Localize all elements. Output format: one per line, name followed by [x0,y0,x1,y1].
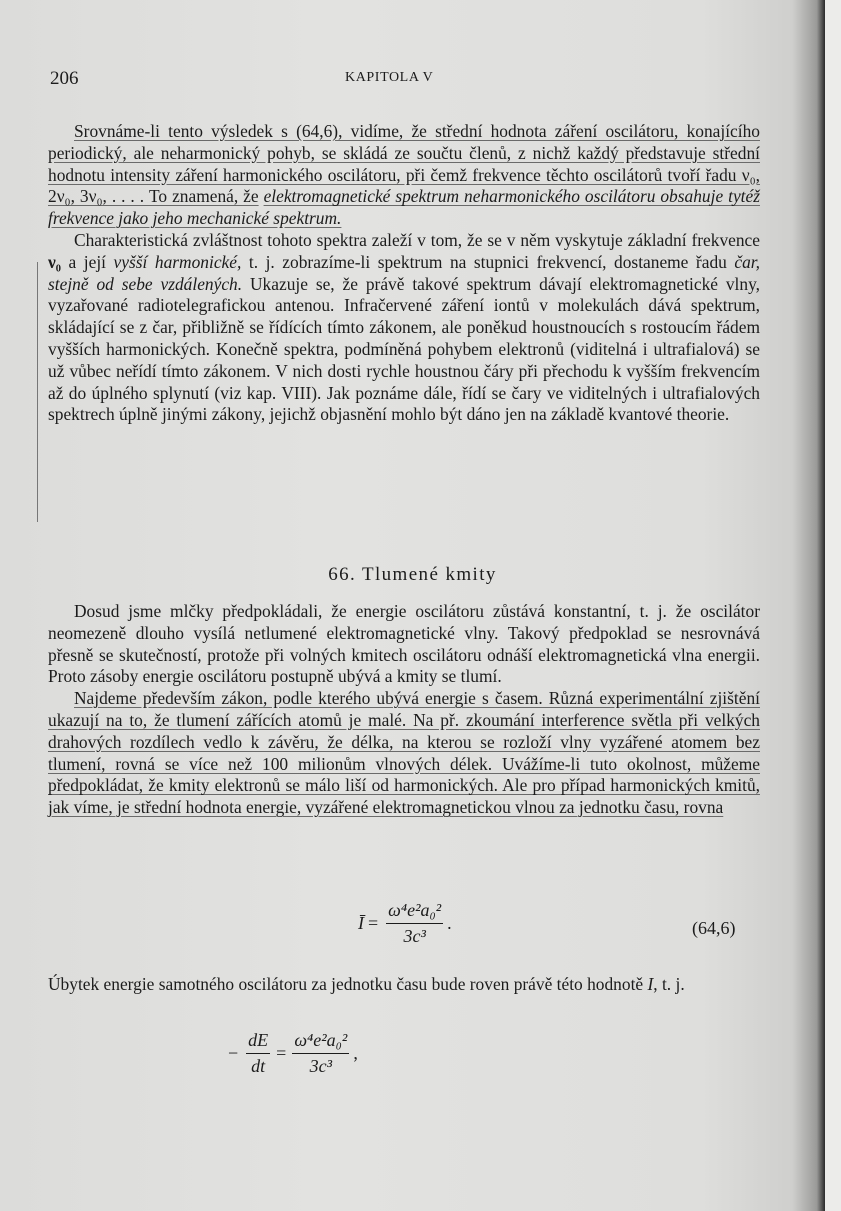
paragraph-text: t. j. zobrazíme-li spektrum na stupnici … [249,252,727,272]
page-number: 206 [50,68,79,90]
denominator: dt [251,1054,265,1077]
section-body: Dosud jsme mlčky předpokládali, že energ… [48,601,760,819]
chapter-title: KAPITOLA V [345,70,433,86]
paragraph-spectrum: Charakteristická zvláštnost tohoto spekt… [48,230,760,426]
paragraph-group-top: Srovnáme-li tento výsledek s (64,6), vid… [48,121,760,426]
paragraph-text: Ukazuje se, že právě takové spektrum dáv… [48,274,760,425]
denominator: 3c³ [403,924,425,947]
paragraph-text: a její [69,252,106,272]
punctuation: . [447,913,452,934]
minus-sign: − [228,1043,238,1064]
paragraph-text: Úbytek energie samotného oscilátoru za j… [48,974,643,994]
equation-64-6: Ī = ω⁴e²a₀² 3c³ . [358,900,452,947]
emphasized-term: vyšší harmonické, [114,252,242,272]
paragraph-text: Charakteristická zvláštnost tohoto spekt… [74,230,760,250]
section-heading: 66. Tlumené kmity [0,564,825,586]
paragraph-text: , t. j. [653,974,684,994]
equation-number: (64,6) [692,918,736,939]
derivative-fraction: dE dt [246,1030,270,1077]
fraction: ω⁴e²a₀² 3c³ [386,900,443,947]
paragraph-comparison: Srovnáme-li tento výsledek s (64,6), vid… [48,121,760,230]
equals-sign: = [276,1043,286,1064]
punctuation: , [353,1043,358,1064]
equals-sign: = [368,913,378,934]
numerator: ω⁴e²a₀² [292,1030,349,1054]
paragraph-energy-loss: Úbytek energie samotného oscilátoru za j… [48,974,760,996]
numerator: dE [246,1030,270,1054]
numerator: ω⁴e²a₀² [386,900,443,924]
denominator: 3c³ [310,1054,332,1077]
paragraph-group-bottom: Úbytek energie samotného oscilátoru za j… [48,974,760,996]
symbol-nu0: ν₀ [48,252,61,272]
equation-energy-loss: − dE dt = ω⁴e²a₀² 3c³ , [228,1030,358,1077]
margin-mark [37,262,38,522]
paragraph-damped-intro: Dosud jsme mlčky předpokládali, že energ… [48,601,760,688]
paragraph-energy-law: Najdeme především zákon, podle kterého u… [48,688,760,819]
page-edge [825,0,841,1211]
fraction: ω⁴e²a₀² 3c³ [292,1030,349,1077]
equation-lhs: Ī [358,913,364,934]
running-head: 206 KAPITOLA V [50,68,750,92]
